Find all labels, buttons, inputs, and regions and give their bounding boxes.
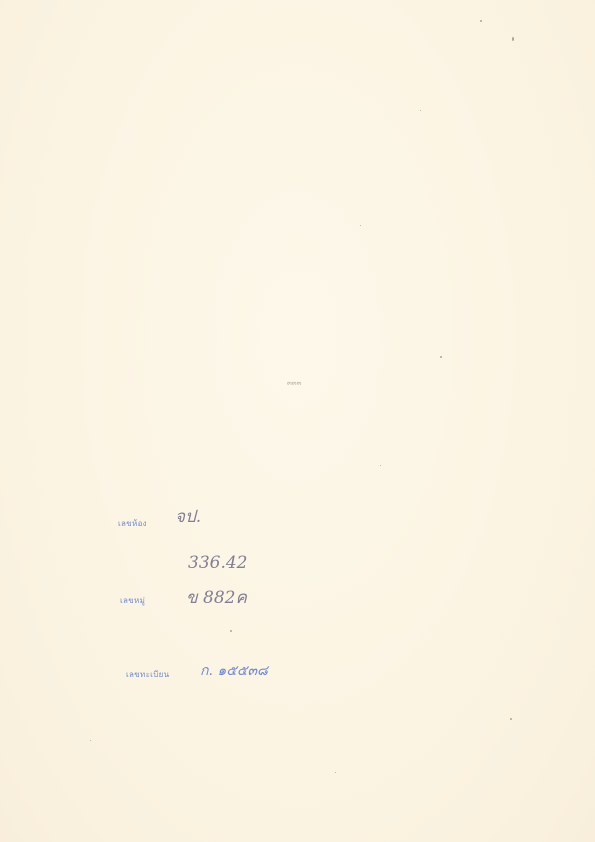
faint-mark: ๓๓๓ <box>287 378 301 389</box>
classification-number: 336.42 <box>188 553 247 573</box>
room-number-label: เลขห้อง <box>118 517 147 530</box>
speck <box>510 718 512 720</box>
call-number-label: เลขหมู่ <box>120 594 145 607</box>
document-page: ๓๓๓ เลขห้อง จป. 336.42 เลขหมู่ ข 882ค เล… <box>0 0 595 842</box>
speck <box>230 630 232 632</box>
registration-label: เลขทะเบียน <box>126 668 169 681</box>
speck <box>440 356 442 358</box>
registration-value: ก. ๑๕๕๓๘ <box>200 660 268 682</box>
call-number-value: ข 882ค <box>186 584 247 611</box>
room-number-value: จป. <box>175 503 201 530</box>
speck <box>420 110 421 111</box>
speck <box>480 20 482 22</box>
speck <box>335 772 336 773</box>
speck <box>512 37 514 41</box>
speck <box>380 465 381 466</box>
speck <box>360 225 361 226</box>
speck <box>90 740 91 741</box>
